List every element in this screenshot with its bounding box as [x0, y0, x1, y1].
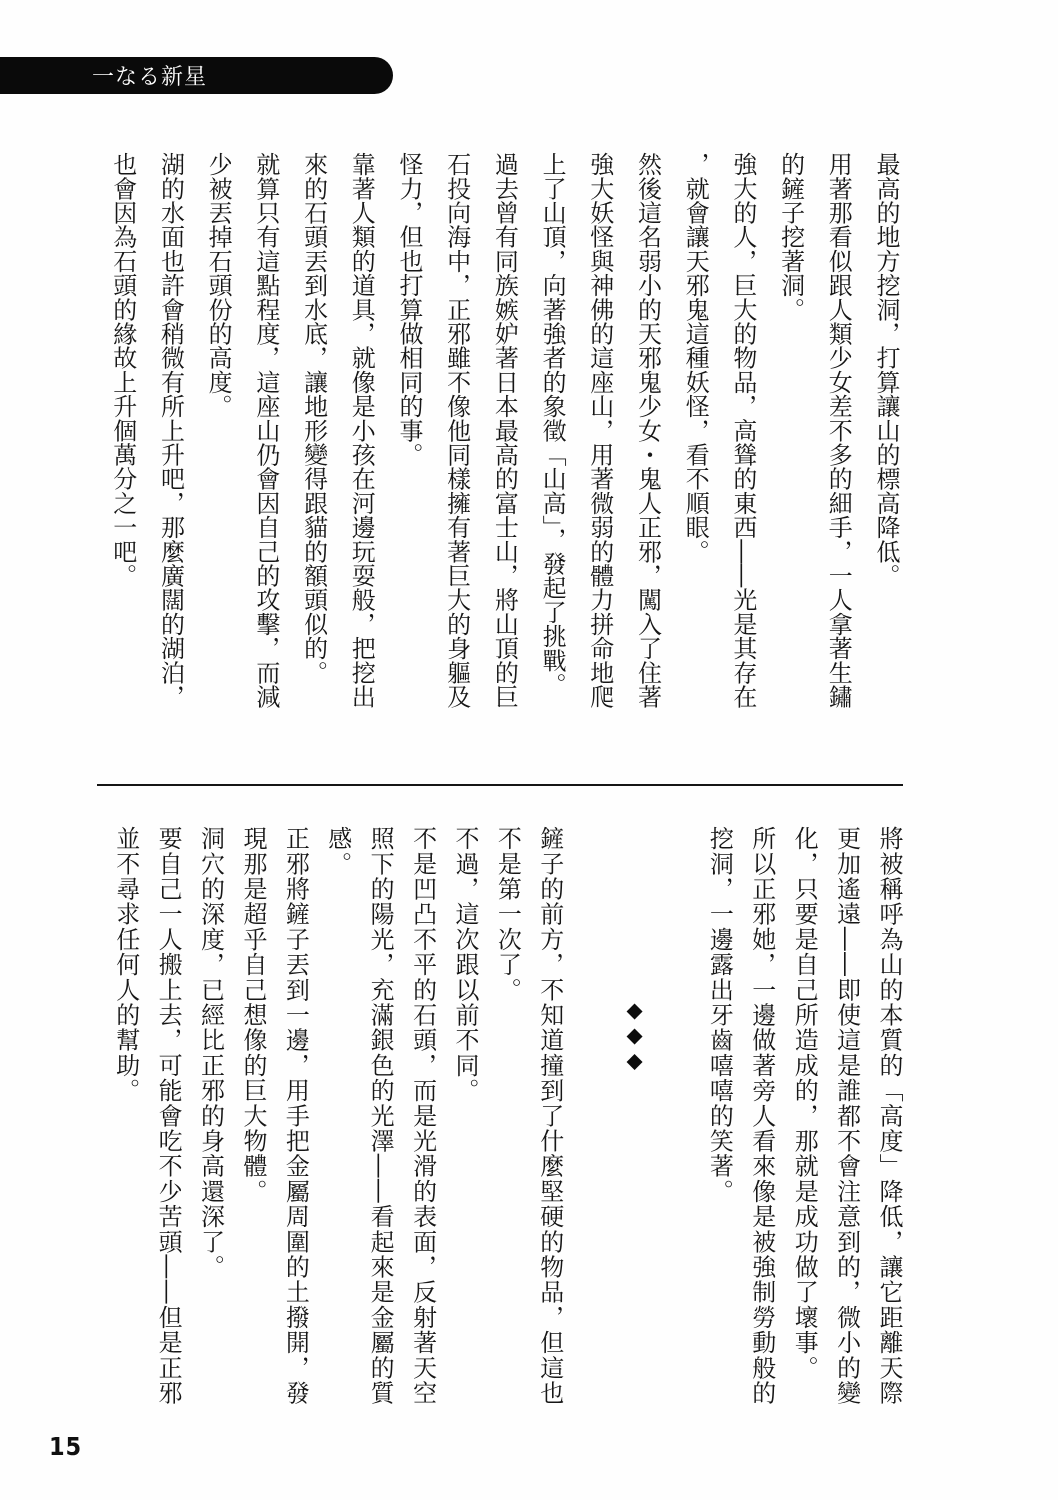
text-column: 怪力，但也打算做相同的事。 — [384, 152, 432, 714]
blank-column — [570, 826, 612, 1414]
text-column: 來的石頭丟到水底，讓地形變得跟貓的額頭似的。 — [289, 152, 337, 714]
text-column: 石投向海中，正邪雖不像他同樣擁有著巨大的身軀及 — [432, 152, 480, 714]
section-break-diamonds: ◆◆◆ — [612, 826, 654, 1414]
text-column: 過去曾有同族嫉妒著日本最高的富士山，將山頂的巨 — [480, 152, 528, 714]
text-column: 湖的水面也許會稍微有所上升吧，那麼廣闊的湖泊， — [146, 152, 194, 714]
text-column: 並不尋求任何人的幫助。 — [103, 826, 145, 1414]
text-block-bottom: 將被稱呼為山的本質的「高度」降低，讓它距離天際更加遙遠——即使這是誰都不會注意到… — [103, 826, 909, 1414]
text-column: 也會因為石頭的緣故上升個萬分之一吧。 — [98, 152, 146, 714]
text-column: 少被丟掉石頭份的高度。 — [193, 152, 241, 714]
text-column: 不過，這次跟以前不同。 — [443, 826, 485, 1414]
text-column: 正邪將鏟子丟到一邊，用手把金屬周圍的土撥開，發 — [273, 826, 315, 1414]
text-column: 照下的陽光，充滿銀色的光澤——看起來是金屬的質 — [358, 826, 400, 1414]
text-column: 更加遙遠——即使這是誰都不會注意到的，微小的變 — [824, 826, 866, 1414]
text-column: 強大妖怪與神佛的這座山，用著微弱的體力拼命地爬 — [575, 152, 623, 714]
page-number: 15 — [49, 1432, 82, 1461]
text-column: 要自己一人搬上去，可能會吃不少苦頭——但是正邪 — [146, 826, 188, 1414]
text-column: 所以正邪她，一邊做著旁人看來像是被強制勞動般的 — [739, 826, 781, 1414]
text-column: 然後這名弱小的天邪鬼少女・鬼人正邪，闖入了住著 — [623, 152, 671, 714]
text-column: 鏟子的前方，不知道撞到了什麼堅硬的物品，但這也 — [527, 826, 569, 1414]
blank-column — [655, 826, 697, 1414]
text-column: 的鏟子挖著洞。 — [766, 152, 814, 714]
text-column: 感。 — [315, 826, 357, 1414]
text-column: 洞穴的深度，已經比正邪的身高還深了。 — [188, 826, 230, 1414]
text-column: 上了山頂，向著強者的象徵「山高」，發起了挑戰。 — [527, 152, 575, 714]
text-column: 就算只有這點程度，這座山仍會因自己的攻擊，而減 — [241, 152, 289, 714]
text-column: 最高的地方挖洞，打算讓山的標高降低。 — [861, 152, 909, 714]
text-column: 挖洞，一邊露出牙齒嘻嘻的笑著。 — [697, 826, 739, 1414]
text-column: 靠著人類的道具，就像是小孩在河邊玩耍般，把挖出 — [337, 152, 385, 714]
text-column: 化，只要是自己所造成的，那就是成功做了壞事。 — [782, 826, 824, 1414]
text-block-top: 最高的地方挖洞，打算讓山的標高降低。用著那看似跟人類少女差不多的細手，一人拿著生… — [98, 152, 909, 714]
text-column: 用著那看似跟人類少女差不多的細手，一人拿著生鏽 — [814, 152, 862, 714]
text-column: 將被稱呼為山的本質的「高度」降低，讓它距離天際 — [867, 826, 909, 1414]
chapter-title: 一なる新星 — [92, 60, 207, 91]
section-divider-line — [97, 784, 903, 786]
text-column: 不是第一次了。 — [485, 826, 527, 1414]
text-column: 強大的人，巨大的物品，高聳的東西——光是其存在 — [718, 152, 766, 714]
text-column: 現那是超乎自己想像的巨大物體。 — [231, 826, 273, 1414]
chapter-header-bar: 一なる新星 — [0, 57, 393, 94]
text-column: 不是凹凸不平的石頭，而是光滑的表面，反射著天空 — [400, 826, 442, 1414]
text-column: ，就會讓天邪鬼這種妖怪，看不順眼。 — [670, 152, 718, 714]
